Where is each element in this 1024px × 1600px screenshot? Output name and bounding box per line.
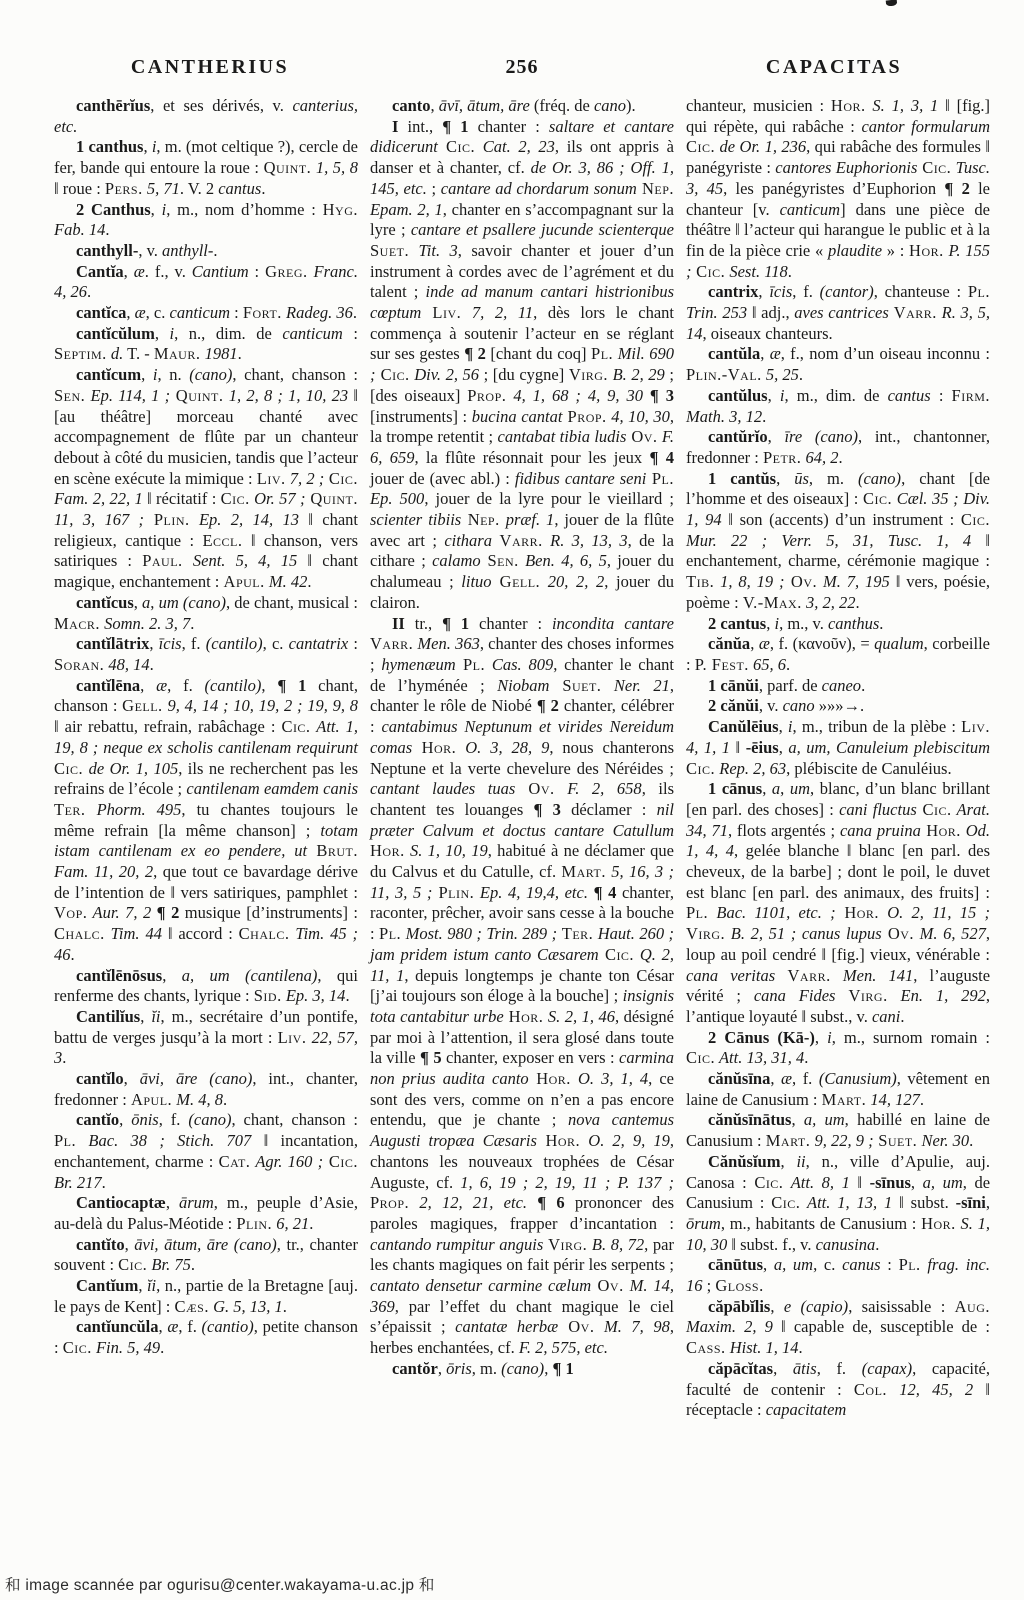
dictionary-entry: cănŭsīnātus, a, um, habillé en laine de …: [686, 1110, 990, 1151]
column-1: canthērĭus, et ses dérivés, v. canterius…: [54, 96, 358, 1569]
dictionary-entry: cānūtus, a, um, c. canus : Pl. frag. inc…: [686, 1255, 990, 1296]
dictionary-entry: cantĭto, āvi, ātum, āre (cano), tr., cha…: [54, 1235, 358, 1276]
dictionary-entry: I int., ¶ 1 chanter : saltare et cantare…: [370, 117, 674, 614]
dictionary-page: CANTHERIUS 256 CAPACITAS canthērĭus, et …: [0, 0, 1024, 1600]
page-number: 256: [366, 56, 678, 79]
column-2: canto, āvī, ātum, āre (fréq. de cano).I …: [370, 96, 674, 1569]
running-head: CANTHERIUS 256 CAPACITAS: [0, 56, 1024, 79]
dictionary-entry: cantĭcus, a, um (cano), de chant, musica…: [54, 593, 358, 634]
dictionary-entry: Cantĭum, ĭi, n., partie de la Bretagne […: [54, 1276, 358, 1317]
dictionary-entry: 2 cănŭi, v. cano »»»→.: [686, 696, 990, 717]
dictionary-entry: cantŭla, æ, f., nom d’un oiseau inconnu …: [686, 344, 990, 385]
dictionary-entry: cantrix, īcis, f. (cantor), chanteuse : …: [686, 282, 990, 344]
dictionary-entry: chanteur, musicien : Hor. S. 1, 3, 1 ‖ […: [686, 96, 990, 282]
dictionary-entry: căpācĭtas, ātis, f. (capax), capacité, f…: [686, 1359, 990, 1421]
dictionary-entry: cantĭlēnōsus, a, um (cantilena), qui ren…: [54, 966, 358, 1007]
dictionary-entry: 1 cantŭs, ūs, m. (cano), chant [de l’hom…: [686, 469, 990, 614]
dictionary-entry: căpābĭlis, e (capio), saisissable : Aug.…: [686, 1297, 990, 1359]
dictionary-entry: cantĭo, ōnis, f. (cano), chant, chanson …: [54, 1110, 358, 1193]
dictionary-entry: 1 cānŭi, parf. de caneo.: [686, 676, 990, 697]
scan-artifact: [886, 0, 898, 7]
dictionary-entry: canto, āvī, ātum, āre (fréq. de cano).: [370, 96, 674, 117]
dictionary-entry: Cănŭsĭum, ii, n., ville d’Apulie, auj. C…: [686, 1152, 990, 1256]
dictionary-entry: cantĭlēna, æ, f. (cantilo), ¶ 1 chant, c…: [54, 676, 358, 966]
dictionary-entry: cănŭa, æ, f. (κανοῦν), = qualum, corbeil…: [686, 634, 990, 675]
dictionary-entry: canthyll-, v. anthyll-.: [54, 241, 358, 262]
dictionary-entry: cănŭsīna, æ, f. (Canusium), vêtement en …: [686, 1069, 990, 1110]
dictionary-entry: cantĭuncŭla, æ, f. (cantio), petite chan…: [54, 1317, 358, 1358]
dictionary-entry: cantŏr, ōris, m. (cano), ¶ 1: [370, 1359, 674, 1380]
dictionary-entry: cantĭlātrix, īcis, f. (cantilo), c. cant…: [54, 634, 358, 675]
dictionary-entry: cantŭrĭo, īre (cano), int., chantonner, …: [686, 427, 990, 468]
dictionary-entry: cantĭca, æ, c. canticum : Fort. Radeg. 3…: [54, 303, 358, 324]
dictionary-entry: 2 Canthus, i, m., nom d’homme : Hyg. Fab…: [54, 200, 358, 241]
dictionary-entry: cantĭlo, āvi, āre (cano), int., chanter,…: [54, 1069, 358, 1110]
scan-credit: 和 image scannée par ogurisu@center.wakay…: [5, 1573, 435, 1595]
header-left-keyword: CANTHERIUS: [54, 56, 366, 79]
dictionary-entry: Cantilĭus, ĭi, m., secrétaire d’un ponti…: [54, 1007, 358, 1069]
dictionary-entry: cantĭcum, i, n. (cano), chant, chanson :…: [54, 365, 358, 593]
dictionary-entry: 2 cantus, i, m., v. canthus.: [686, 614, 990, 635]
header-right-keyword: CAPACITAS: [678, 56, 990, 79]
dictionary-entry: 1 canthus, i, m. (mot celtique ?), cercl…: [54, 137, 358, 199]
dictionary-entry: II tr., ¶ 1 chanter : incondita cantare …: [370, 614, 674, 1359]
dictionary-entry: Canŭlēius, i, m., tribun de la plèbe : L…: [686, 717, 990, 779]
text-columns: canthērĭus, et ses dérivés, v. canterius…: [0, 79, 1024, 1569]
dictionary-entry: 1 cānus, a, um, blanc, d’un blanc brilla…: [686, 779, 990, 1027]
dictionary-entry: Cantiocaptæ, ārum, m., peuple d’Asie, au…: [54, 1193, 358, 1234]
dictionary-entry: cantŭlus, i, m., dim. de cantus : Firm. …: [686, 386, 990, 427]
dictionary-entry: canthērĭus, et ses dérivés, v. canterius…: [54, 96, 358, 137]
column-3: chanteur, musicien : Hor. S. 1, 3, 1 ‖ […: [686, 96, 990, 1569]
dictionary-entry: 2 Cānus (Kā-), i, m., surnom romain : Ci…: [686, 1028, 990, 1069]
dictionary-entry: Cantĭa, æ. f., v. Cantium : Greg. Franc.…: [54, 262, 358, 303]
dictionary-entry: cantĭcŭlum, i, n., dim. de canticum : Se…: [54, 324, 358, 365]
